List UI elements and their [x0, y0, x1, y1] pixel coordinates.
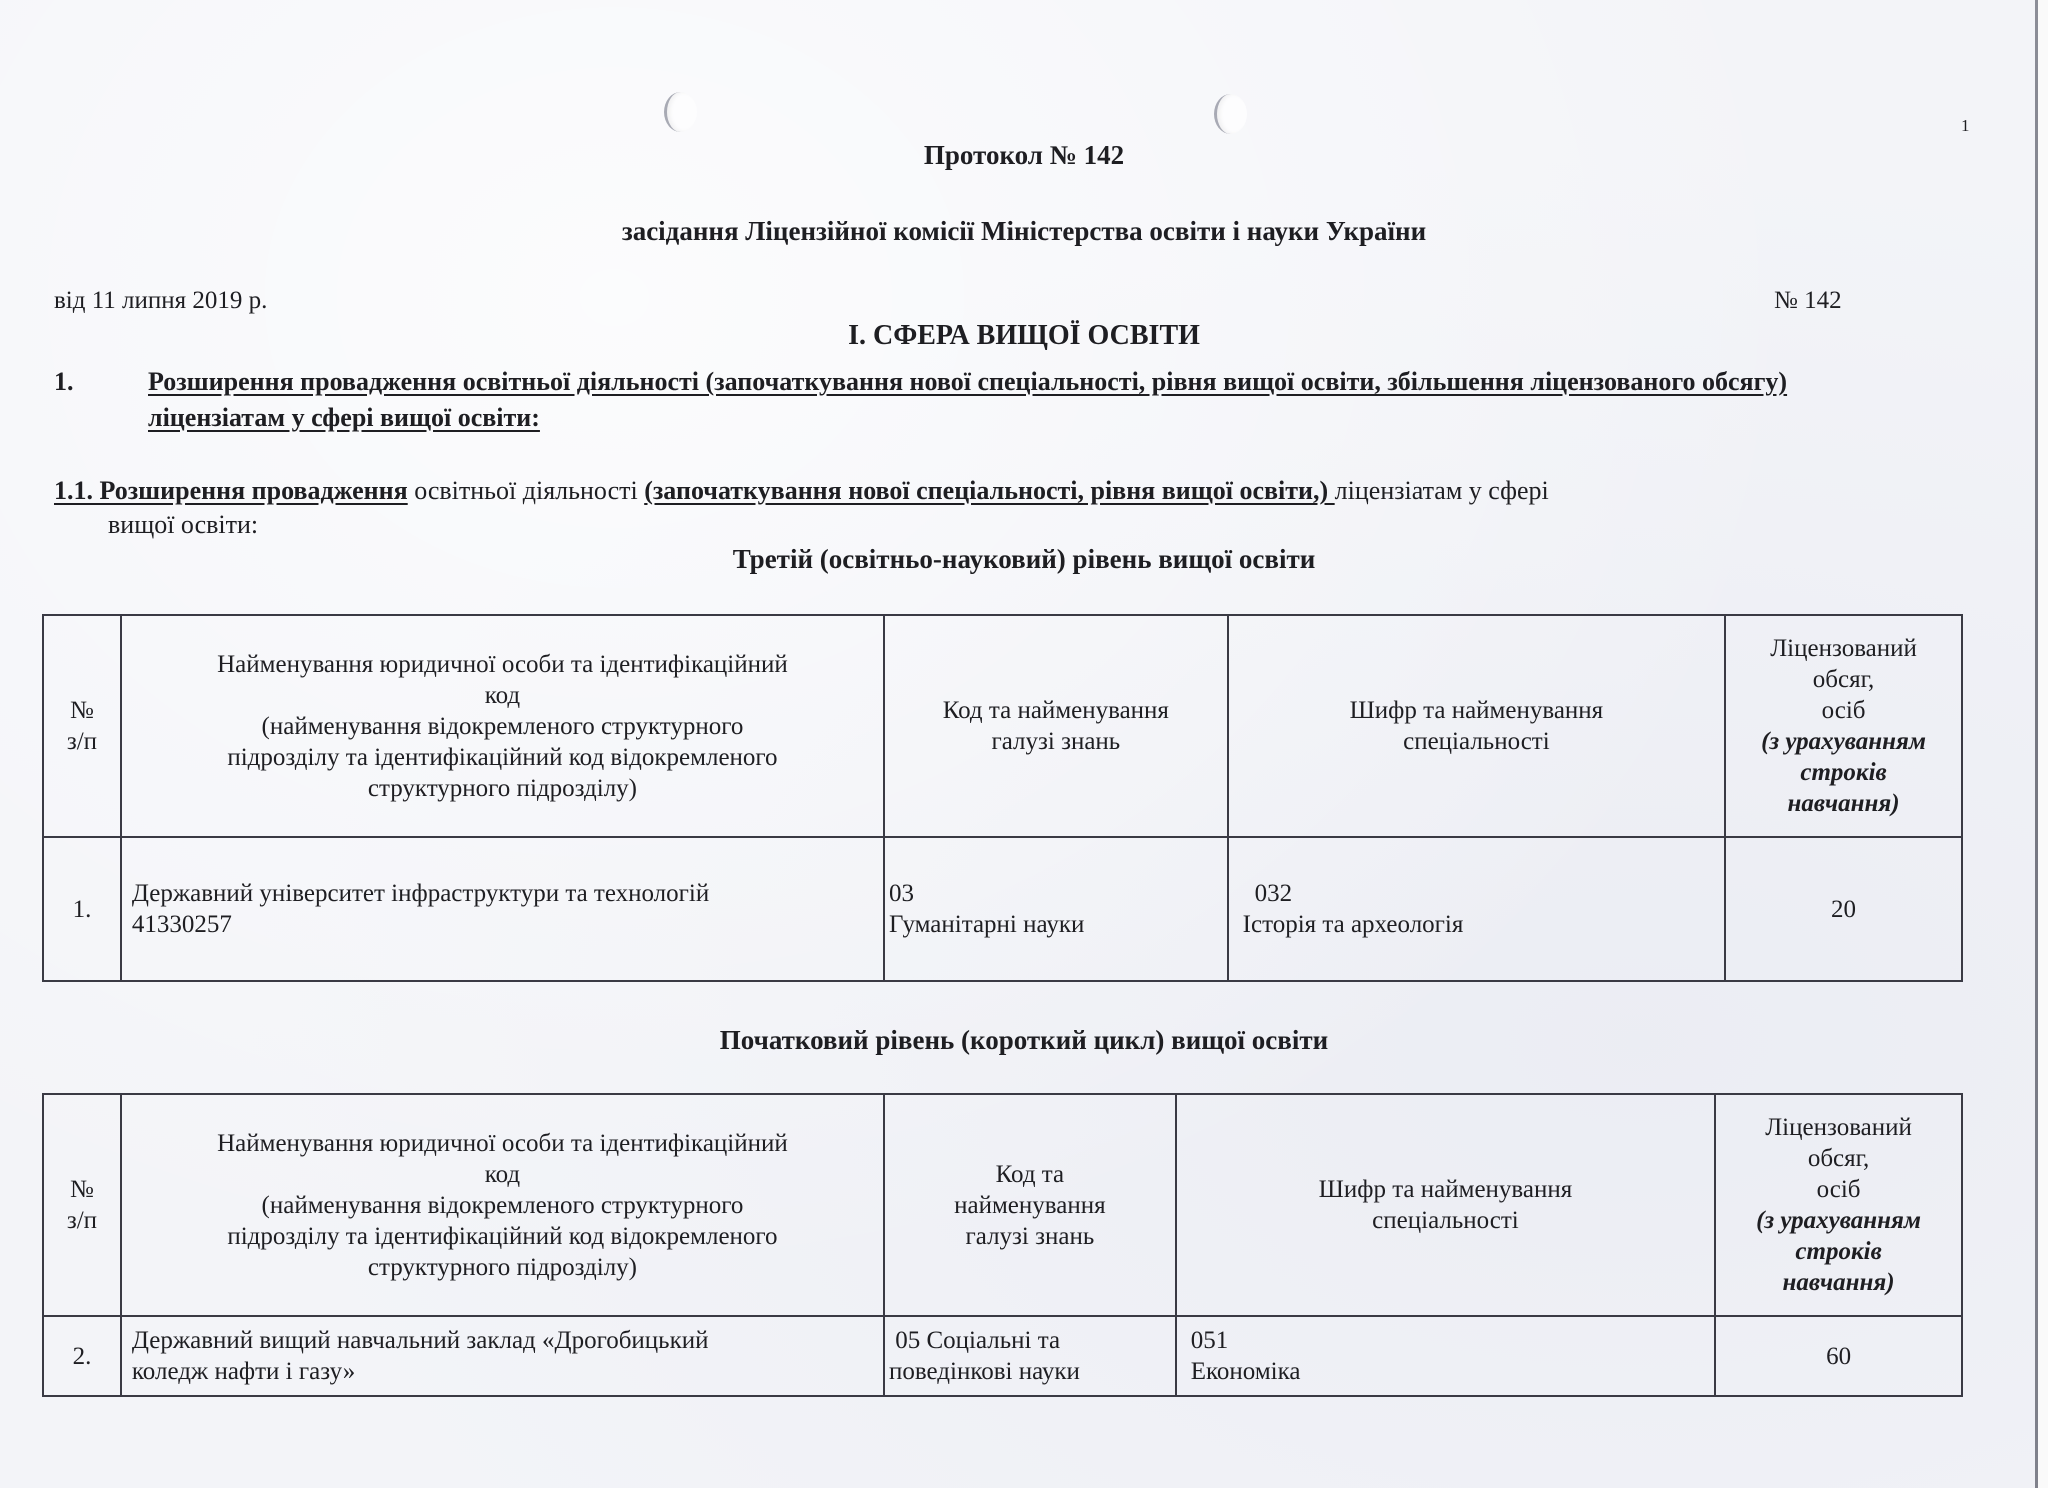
- header-line: галузі знань: [889, 726, 1223, 757]
- header-specialty: Шифр та найменуванняспеціальності: [1228, 615, 1725, 837]
- header-line: Ліцензований: [1730, 633, 1957, 664]
- underlined-phrase: (започаткування нової спеціальності, рів…: [644, 476, 1334, 505]
- page-number: 1: [1961, 116, 1970, 136]
- specialty-code: 051: [1191, 1325, 1710, 1356]
- document-number: № 142: [1774, 287, 1842, 315]
- paragraph-continuation: вищої освіти:: [54, 508, 1914, 542]
- header-line: з/п: [48, 726, 116, 757]
- table-header-row: №з/п Найменування юридичної особи та іде…: [43, 615, 1962, 837]
- specialty-name: Історія та археологія: [1243, 909, 1720, 940]
- item-1-1-paragraph: 1.1. Розширення провадження освітньої ді…: [54, 474, 1914, 542]
- header-field-of-knowledge: Код та найменуваннягалузі знань: [884, 615, 1228, 837]
- header-field-of-knowledge: Код танайменуваннягалузі знань: [884, 1094, 1176, 1316]
- organization-name: Державний вищий навчальний заклад «Дрого…: [132, 1325, 879, 1356]
- header-line: структурного підрозділу): [126, 1252, 879, 1283]
- header-line: (з урахуванням: [1730, 726, 1957, 757]
- header-line: галузі знань: [889, 1221, 1171, 1252]
- header-line: строків: [1720, 1236, 1957, 1267]
- item-number: 1.1.: [54, 476, 93, 505]
- field-code: 03: [889, 878, 1223, 909]
- punch-hole: [664, 92, 697, 132]
- document-subtitle: засідання Ліцензійної комісії Міністерст…: [0, 216, 2048, 247]
- header-line: №: [48, 695, 116, 726]
- header-line: Шифр та найменування: [1233, 695, 1720, 726]
- item-1-heading: 1. Розширення провадження освітньої діял…: [54, 364, 1874, 436]
- table-header-row: №з/п Найменування юридичної особи та іде…: [43, 1094, 1962, 1316]
- cell-num: 1.: [43, 837, 121, 981]
- section-title: І. СФЕРА ВИЩОЇ ОСВІТИ: [0, 320, 2048, 352]
- cell-specialty: 032 Історія та археологія: [1228, 837, 1725, 981]
- header-line: найменування: [889, 1190, 1171, 1221]
- specialty-name: Економіка: [1191, 1356, 1710, 1387]
- cell-field-of-knowledge: 05 Соціальні та поведінкові науки: [884, 1316, 1176, 1396]
- cell-field-of-knowledge: 03 Гуманітарні науки: [884, 837, 1228, 981]
- header-line: навчання): [1720, 1267, 1957, 1298]
- header-line: спеціальності: [1233, 726, 1720, 757]
- header-line: Найменування юридичної особи та ідентифі…: [126, 1128, 879, 1159]
- header-organization: Найменування юридичної особи та ідентифі…: [121, 1094, 884, 1316]
- cell-num: 2.: [43, 1316, 121, 1396]
- header-line: Шифр та найменування: [1181, 1174, 1710, 1205]
- header-licensed-volume: Ліцензованийобсяг,осіб (з урахуваннямстр…: [1715, 1094, 1962, 1316]
- level-title: Початковий рівень (короткий цикл) вищої …: [0, 1025, 2048, 1056]
- item-number: 1.: [54, 364, 74, 400]
- header-specialty: Шифр та найменуванняспеціальності: [1176, 1094, 1715, 1316]
- header-line: (з урахуванням: [1720, 1205, 1957, 1236]
- specialty-code: 032: [1243, 878, 1720, 909]
- header-line: навчання): [1730, 788, 1957, 819]
- organization-name: Державний університет інфраструктури та …: [132, 878, 879, 909]
- header-line: спеціальності: [1181, 1205, 1710, 1236]
- header-line: осіб: [1720, 1174, 1957, 1205]
- header-line: Код та найменування: [889, 695, 1223, 726]
- cell-licensed-volume: 60: [1715, 1316, 1962, 1396]
- field-code: 05 Соціальні та: [889, 1325, 1171, 1356]
- document-date: від 11 липня 2019 р.: [54, 287, 267, 315]
- header-line: (найменування відокремленого структурног…: [126, 711, 879, 742]
- header-num: №з/п: [43, 615, 121, 837]
- plain-phrase: освітньої діяльності: [408, 476, 644, 505]
- header-line: Найменування юридичної особи та ідентифі…: [126, 649, 879, 680]
- header-line: код: [126, 1159, 879, 1190]
- header-licensed-volume: Ліцензованийобсяг,осіб (з урахуваннямстр…: [1725, 615, 1962, 837]
- cell-organization: Державний вищий навчальний заклад «Дрого…: [121, 1316, 884, 1396]
- cell-licensed-volume: 20: [1725, 837, 1962, 981]
- header-line: код: [126, 680, 879, 711]
- underlined-phrase: Розширення провадження: [100, 476, 408, 505]
- item-text: Розширення провадження освітньої діяльно…: [148, 364, 1874, 436]
- cell-specialty: 051 Економіка: [1176, 1316, 1715, 1396]
- header-line: підрозділу та ідентифікаційний код відок…: [126, 742, 879, 773]
- table-row: 1. Державний університет інфраструктури …: [43, 837, 1962, 981]
- field-name: Гуманітарні науки: [889, 909, 1223, 940]
- header-line: підрозділу та ідентифікаційний код відок…: [126, 1221, 879, 1252]
- header-line: строків: [1730, 757, 1957, 788]
- header-line: осіб: [1730, 695, 1957, 726]
- table-row: 2. Державний вищий навчальний заклад «Др…: [43, 1316, 1962, 1396]
- header-num: №з/п: [43, 1094, 121, 1316]
- cell-organization: Державний університет інфраструктури та …: [121, 837, 884, 981]
- license-table-short-cycle: №з/п Найменування юридичної особи та іде…: [42, 1093, 1963, 1397]
- header-line: обсяг,: [1720, 1143, 1957, 1174]
- organization-name-continued: коледж нафти і газу»: [132, 1356, 879, 1387]
- header-line: (найменування відокремленого структурног…: [126, 1190, 879, 1221]
- license-table-third-level: №з/п Найменування юридичної особи та іде…: [42, 614, 1963, 982]
- plain-phrase: ліцензіатам у сфері: [1335, 476, 1549, 505]
- header-line: з/п: [48, 1205, 116, 1236]
- header-line: обсяг,: [1730, 664, 1957, 695]
- header-organization: Найменування юридичної особи та ідентифі…: [121, 615, 884, 837]
- header-line: Ліцензований: [1720, 1112, 1957, 1143]
- level-title: Третій (освітньо-науковий) рівень вищої …: [0, 544, 2048, 575]
- document-title: Протокол № 142: [0, 140, 2048, 171]
- punch-hole: [1214, 94, 1247, 134]
- organization-code: 41330257: [132, 909, 879, 940]
- header-line: №: [48, 1174, 116, 1205]
- header-line: Код та: [889, 1159, 1171, 1190]
- header-line: структурного підрозділу): [126, 773, 879, 804]
- field-name: поведінкові науки: [889, 1356, 1171, 1387]
